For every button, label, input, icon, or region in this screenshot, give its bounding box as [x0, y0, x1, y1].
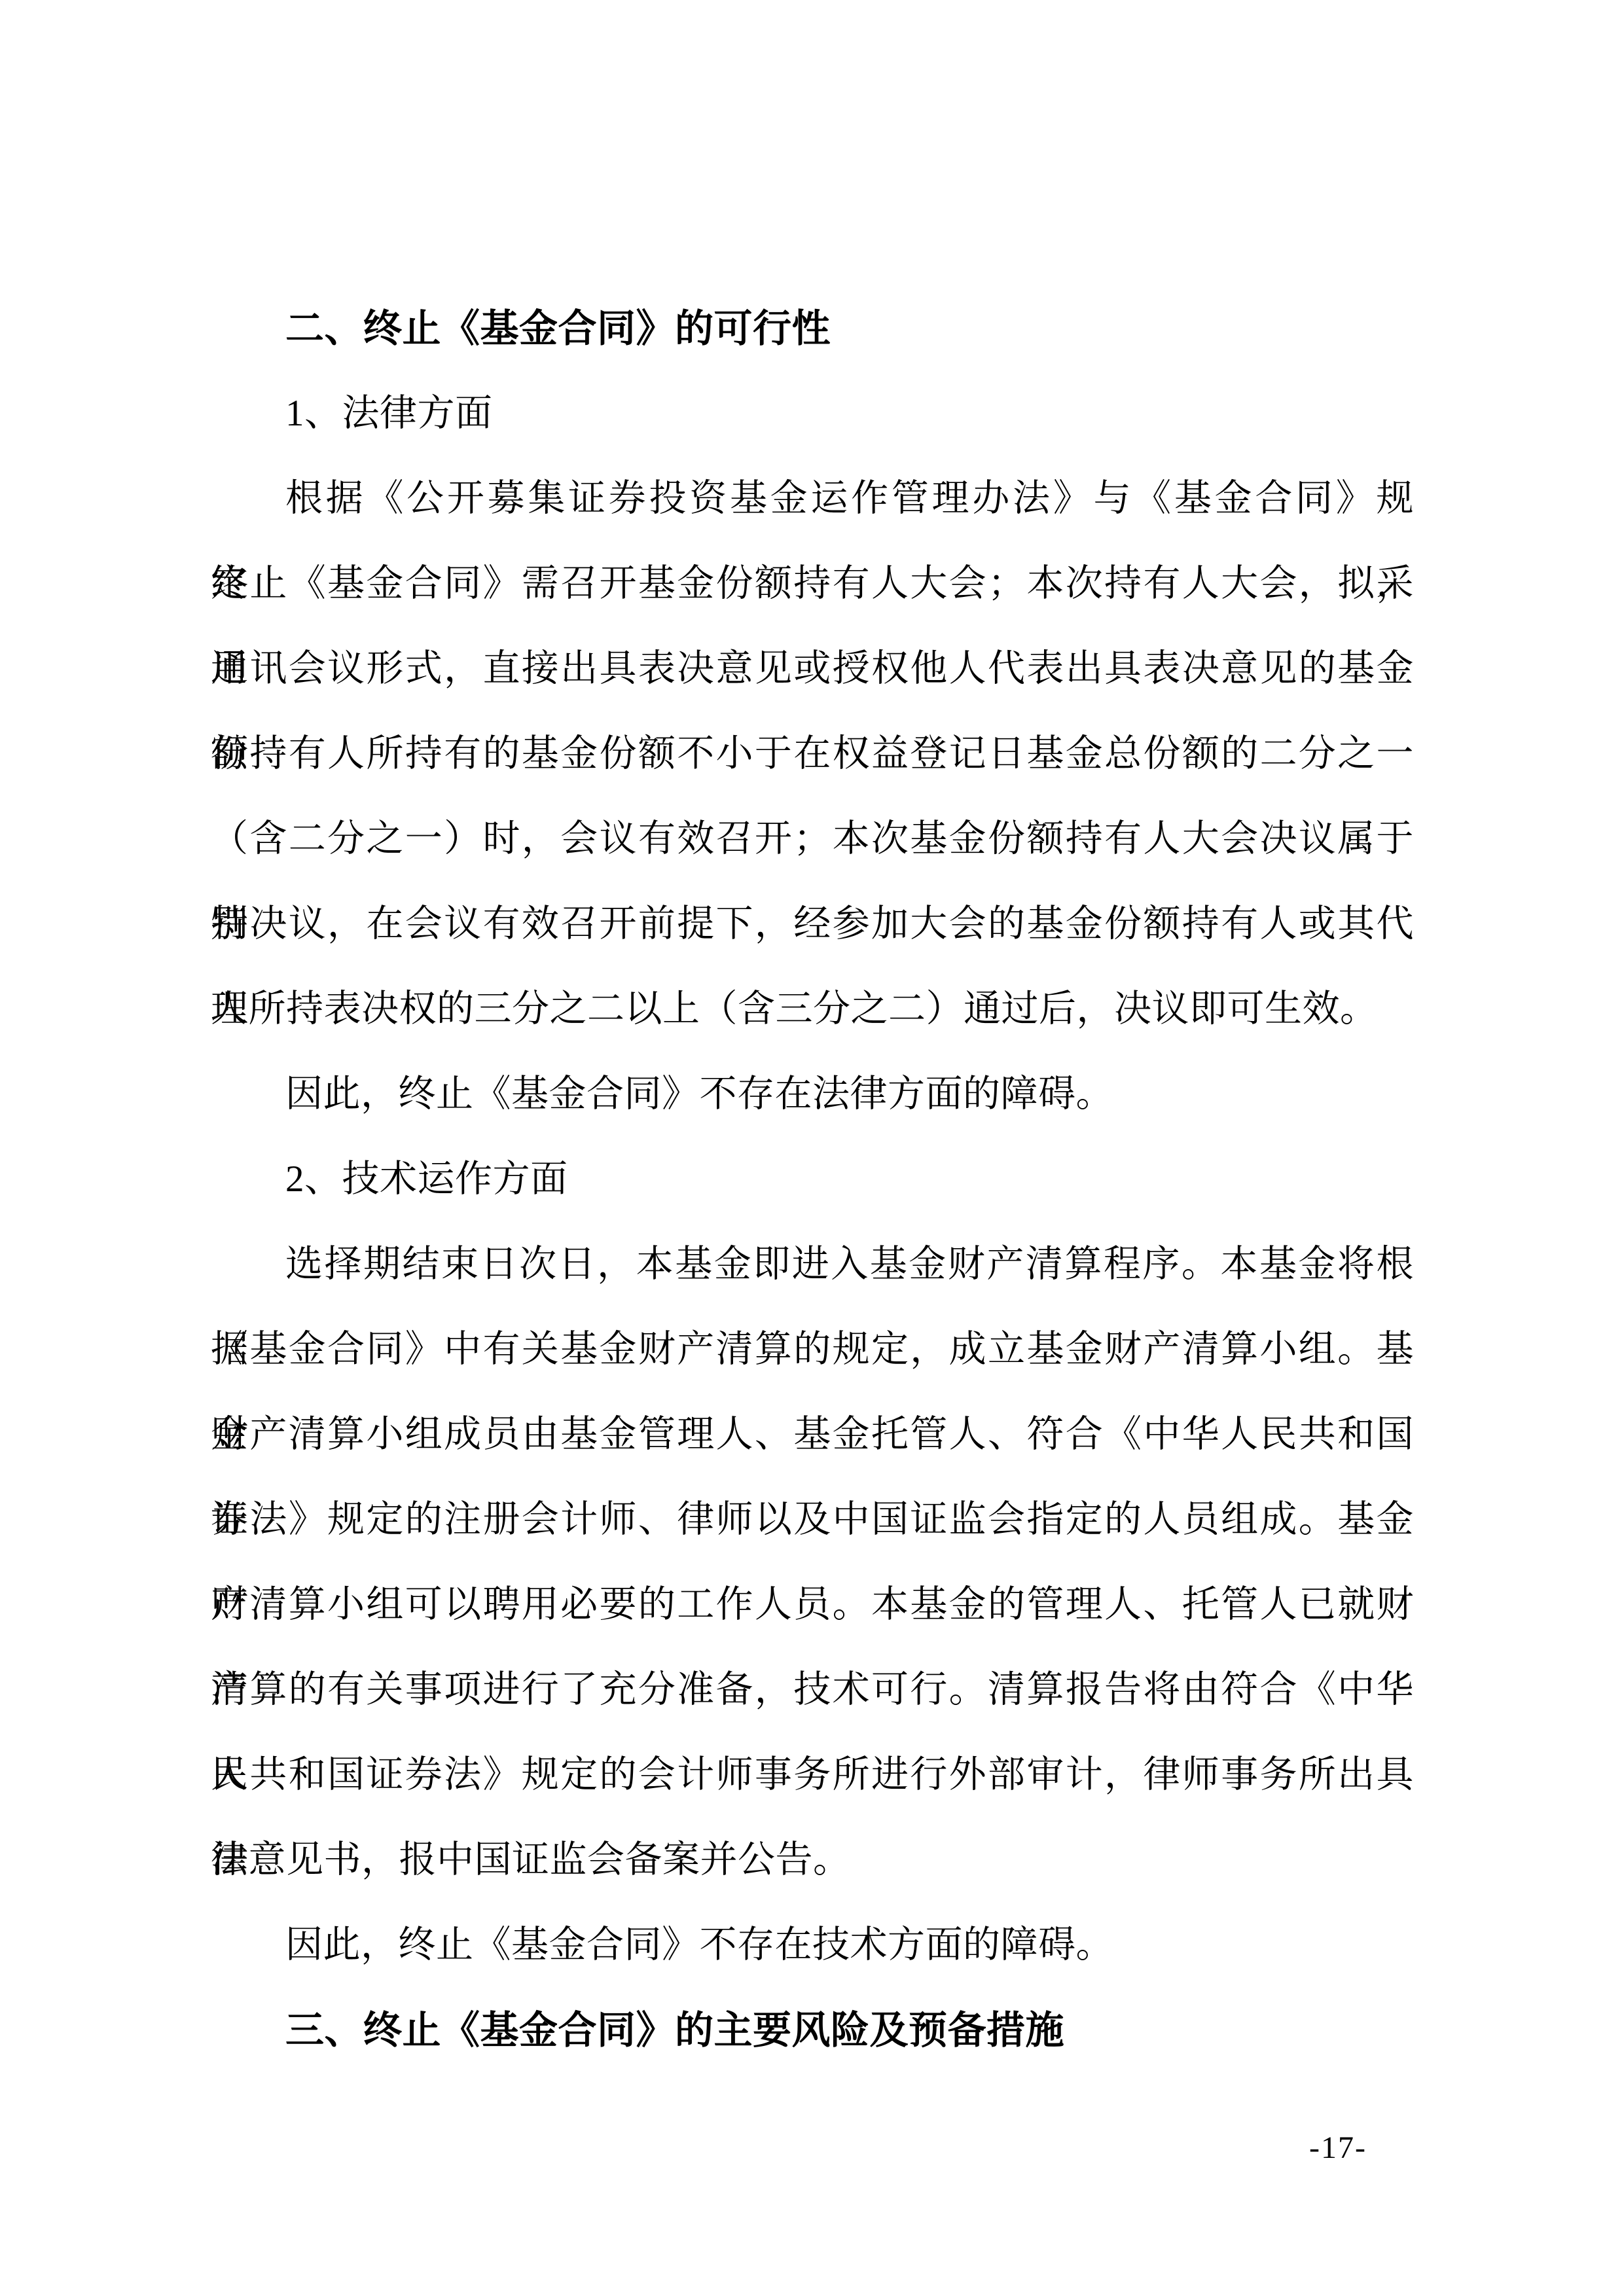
paragraph-line: 别决议，在会议有效召开前提下，经参加大会的基金份额持有人或其代理 — [211, 882, 1414, 967]
paragraph-line: 财产清算小组成员由基金管理人、基金托管人、符合《中华人民共和国证 — [211, 1392, 1414, 1477]
section-heading-3: 三、终止《基金合同》的主要风险及预备措施 — [211, 1988, 1414, 2073]
section-heading-2: 二、终止《基金合同》的可行性 — [211, 286, 1414, 371]
document-page: 二、终止《基金合同》的可行性 1、法律方面 根据《公开募集证券投资基金运作管理办… — [0, 0, 1624, 2296]
paragraph-line: 因此，终止《基金合同》不存在技术方面的障碍。 — [211, 1903, 1414, 1988]
paragraph-line: 律意见书，报中国证监会备案并公告。 — [211, 1818, 1414, 1903]
paragraph-line: 《基金合同》中有关基金财产清算的规定，成立基金财产清算小组。基金 — [211, 1307, 1414, 1392]
paragraph-line: 额持有人所持有的基金份额不小于在权益登记日基金总份额的二分之一 — [211, 711, 1414, 797]
paragraph-line: 人所持表决权的三分之二以上（含三分之二）通过后，决议即可生效。 — [211, 967, 1414, 1052]
document-body: 二、终止《基金合同》的可行性 1、法律方面 根据《公开募集证券投资基金运作管理办… — [211, 286, 1414, 2073]
page-number: -17- — [1309, 2128, 1367, 2168]
paragraph-line: （含二分之一）时，会议有效召开；本次基金份额持有人大会决议属于特 — [211, 797, 1414, 882]
paragraph-line: 券法》规定的注册会计师、律师以及中国证监会指定的人员组成。基金财 — [211, 1477, 1414, 1562]
paragraph-line: 选择期结束日次日，本基金即进入基金财产清算程序。本基金将根据 — [211, 1222, 1414, 1307]
paragraph-line: 产清算小组可以聘用必要的工作人员。本基金的管理人、托管人已就财产 — [211, 1562, 1414, 1647]
sub-heading-1: 1、法律方面 — [211, 371, 1414, 456]
paragraph-line: 根据《公开募集证券投资基金运作管理办法》与《基金合同》规定， — [211, 456, 1414, 541]
paragraph-line: 终止《基金合同》需召开基金份额持有人大会；本次持有人大会，拟采用 — [211, 541, 1414, 626]
paragraph-line: 民共和国证券法》规定的会计师事务所进行外部审计，律师事务所出具法 — [211, 1732, 1414, 1818]
sub-heading-2: 2、技术运作方面 — [211, 1137, 1414, 1222]
paragraph-line: 通讯会议形式，直接出具表决意见或授权他人代表出具表决意见的基金份 — [211, 626, 1414, 711]
paragraph-line: 因此，终止《基金合同》不存在法律方面的障碍。 — [211, 1052, 1414, 1137]
paragraph-line: 清算的有关事项进行了充分准备，技术可行。清算报告将由符合《中华人 — [211, 1647, 1414, 1732]
